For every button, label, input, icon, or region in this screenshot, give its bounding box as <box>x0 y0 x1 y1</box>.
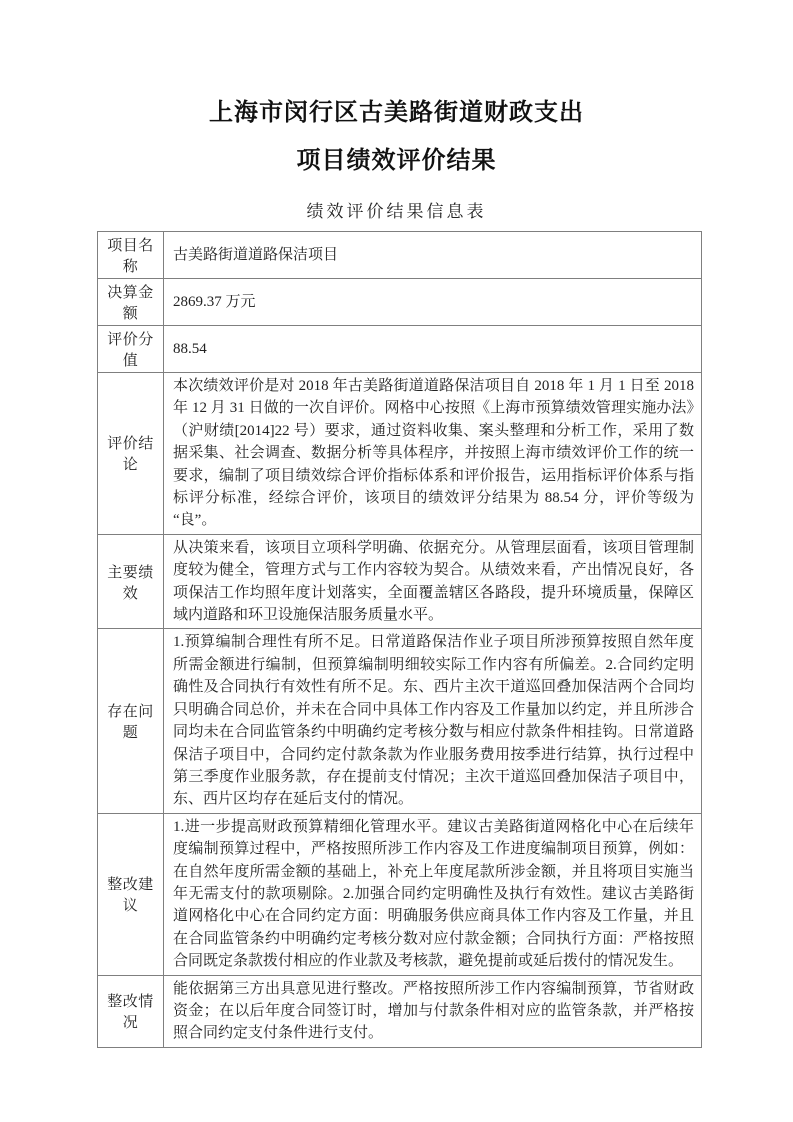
row-value: 2869.37 万元 <box>164 279 702 326</box>
row-label: 整改情况 <box>98 975 164 1047</box>
table-row-problems: 存在问题 1.预算编制合理性有所不足。日常道路保洁作业子项目所涉预算按照自然年度… <box>98 629 702 813</box>
row-value: 古美路街道道路保洁项目 <box>164 232 702 279</box>
row-value: 88.54 <box>164 326 702 373</box>
row-label: 存在问题 <box>98 629 164 813</box>
row-value: 1.预算编制合理性有所不足。日常道路保洁作业子项目所涉预算按照自然年度所需金额进… <box>164 629 702 813</box>
row-label: 主要绩效 <box>98 534 164 629</box>
document-page: 上海市闵行区古美路街道财政支出 项目绩效评价结果 绩效评价结果信息表 项目名称 … <box>0 0 793 1122</box>
evaluation-result-table: 项目名称 古美路街道道路保洁项目 决算金额 2869.37 万元 评价分值 88… <box>97 231 702 1048</box>
table-row-main-performance: 主要绩效 从决策来看，该项目立项科学明确、依据充分。从管理层面看，该项目管理制度… <box>98 534 702 629</box>
table-row-score: 评价分值 88.54 <box>98 326 702 373</box>
table-caption: 绩效评价结果信息表 <box>0 197 793 222</box>
title-block: 上海市闵行区古美路街道财政支出 项目绩效评价结果 绩效评价结果信息表 <box>0 0 793 222</box>
row-label: 决算金额 <box>98 279 164 326</box>
row-label: 评价分值 <box>98 326 164 373</box>
table-row-rectification-suggestions: 整改建议 1.进一步提高财政预算精细化管理水平。建议古美路街道网格化中心在后续年… <box>98 813 702 975</box>
row-value: 能依据第三方出具意见进行整改。严格按照所涉工作内容编制预算，节省财政资金；在以后… <box>164 975 702 1047</box>
row-label: 评价结论 <box>98 373 164 535</box>
row-value: 1.进一步提高财政预算精细化管理水平。建议古美路街道网格化中心在后续年度编制预算… <box>164 813 702 975</box>
table-row-conclusion: 评价结论 本次绩效评价是对 2018 年古美路街道道路保洁项目自 2018 年 … <box>98 373 702 535</box>
table-row-project-name: 项目名称 古美路街道道路保洁项目 <box>98 232 702 279</box>
table-row-rectification-status: 整改情况 能依据第三方出具意见进行整改。严格按照所涉工作内容编制预算，节省财政资… <box>98 975 702 1047</box>
row-label: 整改建议 <box>98 813 164 975</box>
row-label: 项目名称 <box>98 232 164 279</box>
row-value: 本次绩效评价是对 2018 年古美路街道道路保洁项目自 2018 年 1 月 1… <box>164 373 702 535</box>
row-value: 从决策来看，该项目立项科学明确、依据充分。从管理层面看，该项目管理制度较为健全，… <box>164 534 702 629</box>
document-title-line1: 上海市闵行区古美路街道财政支出 <box>0 98 793 128</box>
table-row-final-amount: 决算金额 2869.37 万元 <box>98 279 702 326</box>
document-title-line2: 项目绩效评价结果 <box>0 146 793 176</box>
